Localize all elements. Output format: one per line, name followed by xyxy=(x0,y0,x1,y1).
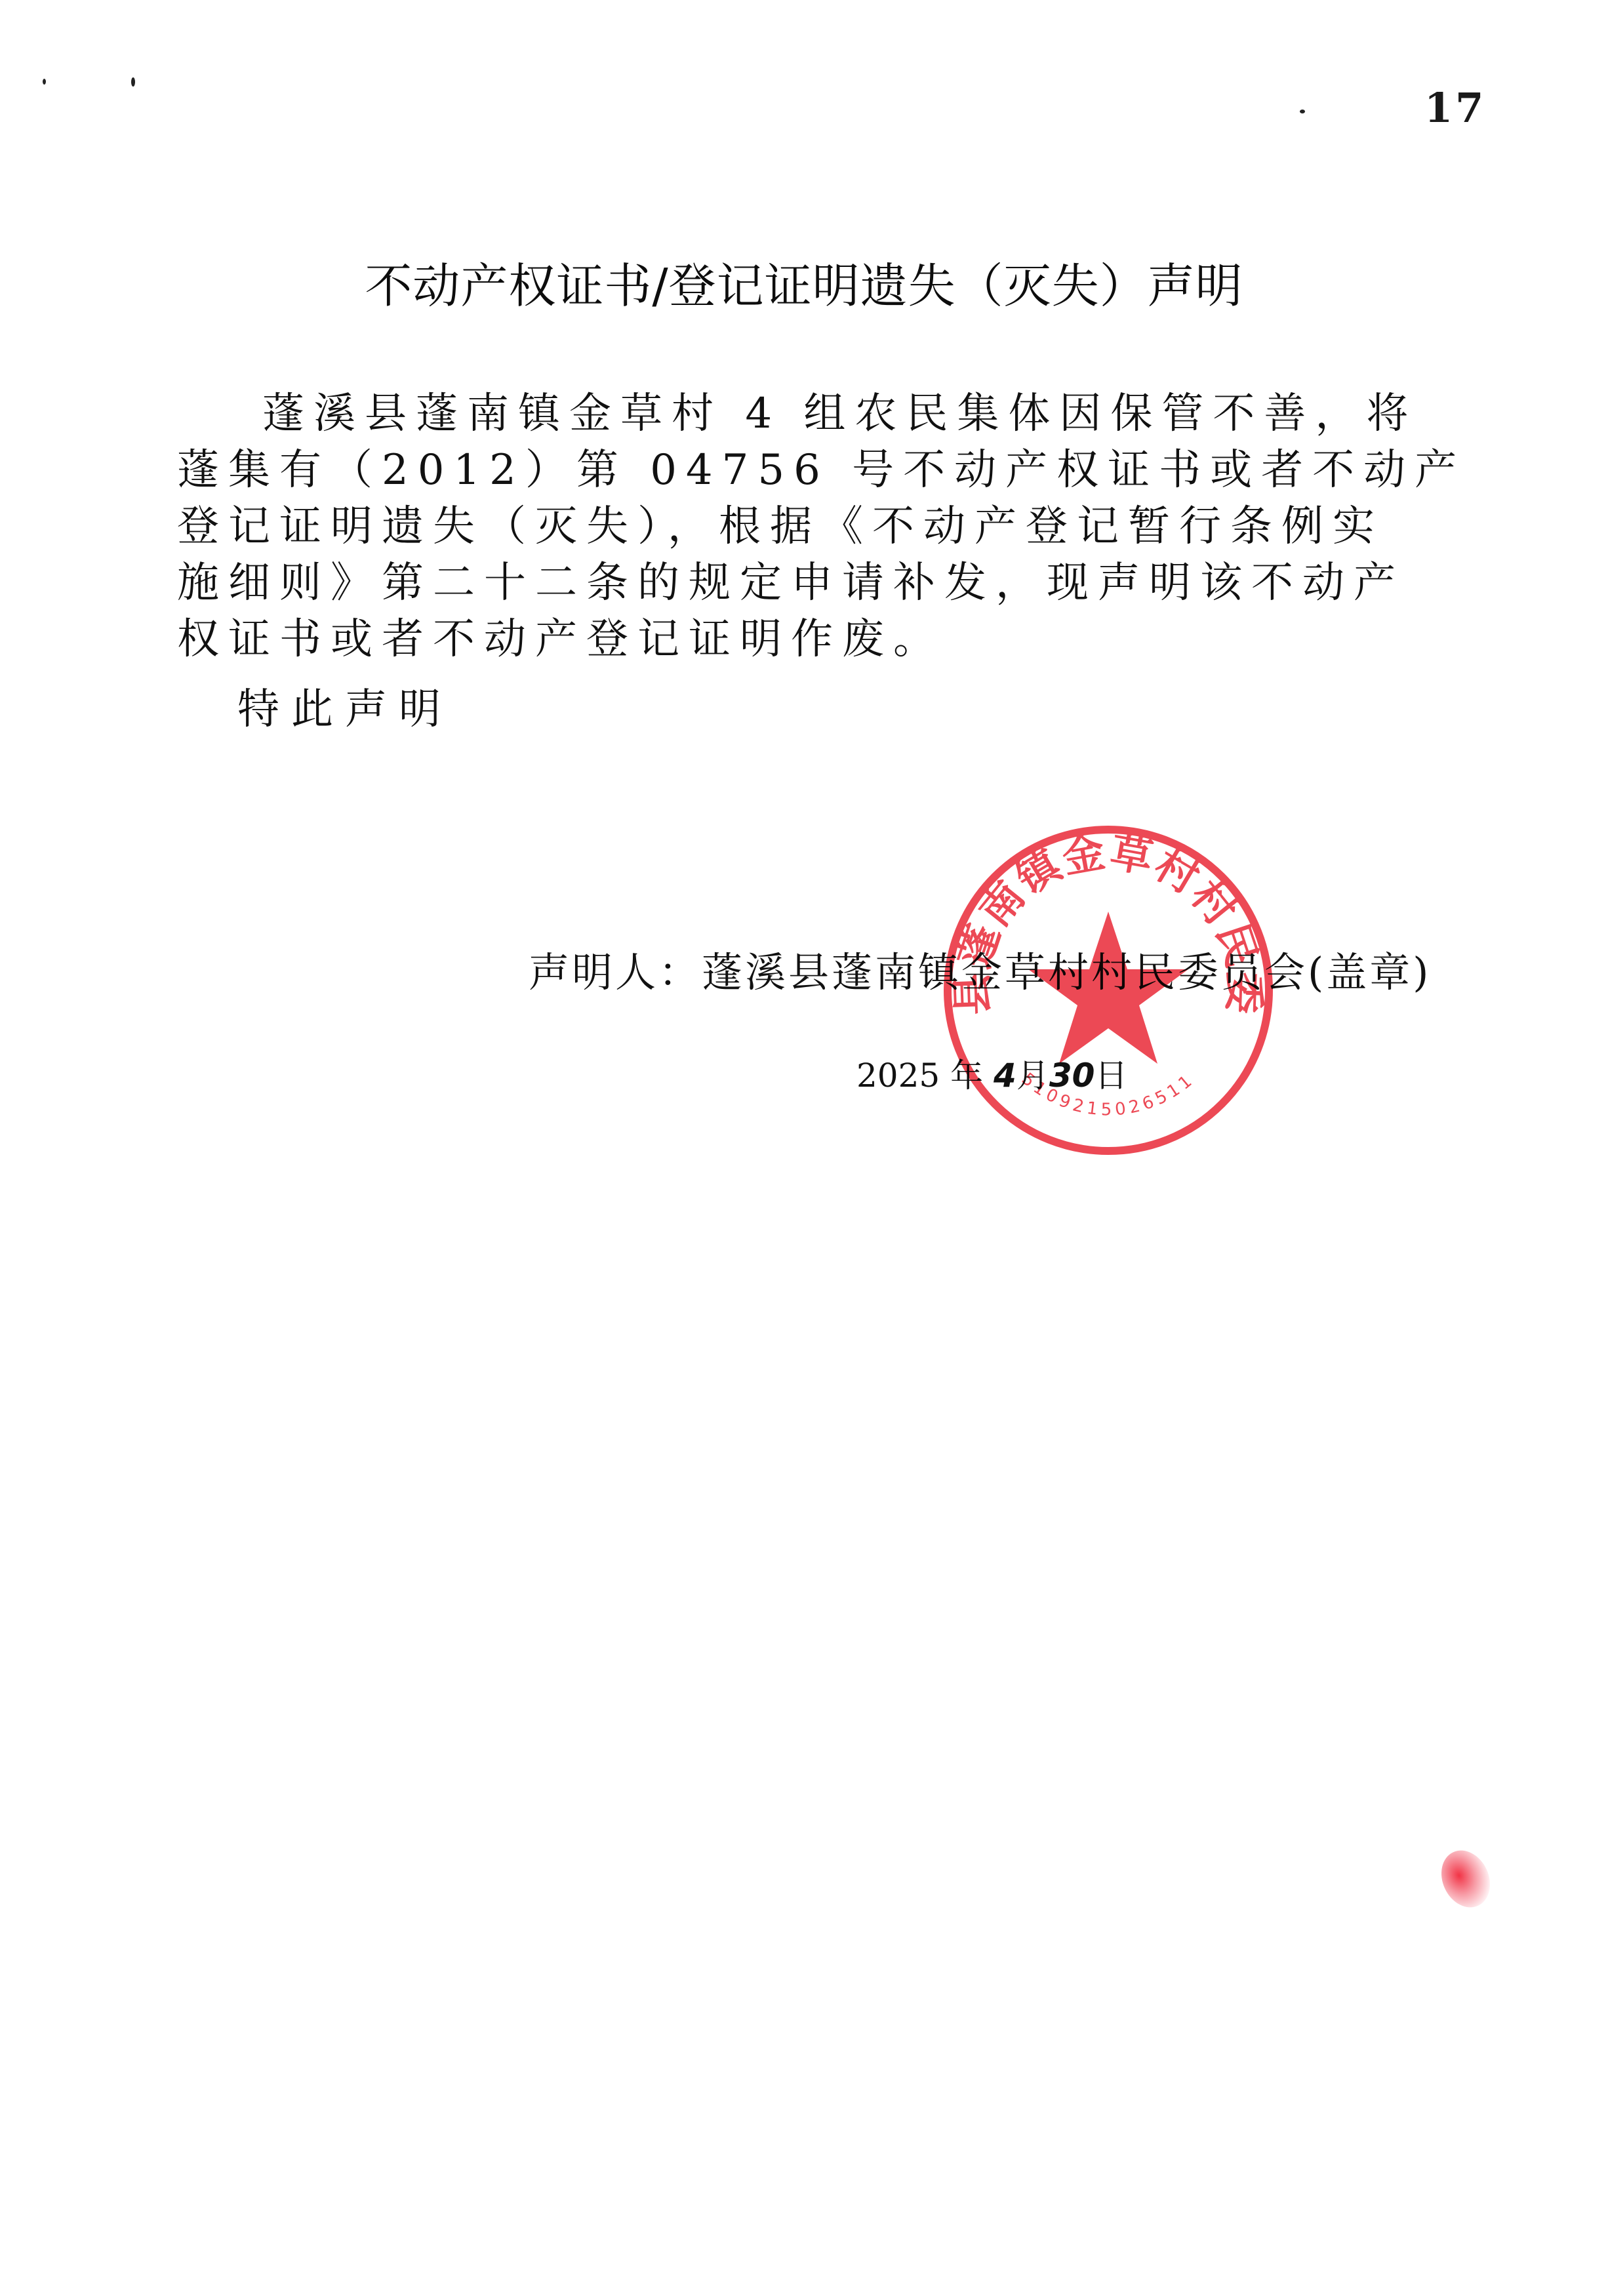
scan-speck xyxy=(131,77,135,87)
date-day-unit: 日 xyxy=(1095,1057,1127,1095)
document-title: 不动产权证书/登记证明遗失（灭失）声明 xyxy=(0,248,1608,316)
body-line: 权证书或者不动产登记证明作废。 xyxy=(177,611,1443,668)
signature-date: 2025 年 4月30日 xyxy=(856,1049,1127,1097)
declaration-body: 蓬溪县蓬南镇金草村 4 组农民集体因保管不善，将 蓬集有（2012）第 0475… xyxy=(177,386,1443,668)
body-line: 蓬溪县蓬南镇金草村 4 组农民集体因保管不善，将 xyxy=(177,386,1443,442)
date-year: 2025 年 xyxy=(856,1057,983,1095)
date-day-handwritten: 30 xyxy=(1049,1057,1095,1095)
body-line: 施细则》第二十二条的规定申请补发，现声明该不动产 xyxy=(177,555,1443,611)
closing-statement: 特此声明 xyxy=(237,675,452,736)
date-month-handwritten: 4 xyxy=(994,1057,1016,1095)
scan-speck xyxy=(43,79,46,85)
body-line: 蓬集有（2012）第 04756 号不动产权证书或者不动产 xyxy=(177,442,1443,498)
page-number: 17 xyxy=(1424,84,1486,132)
declarant-line: 声明人：蓬溪县蓬南镇金草村村民委员会(盖章) xyxy=(529,940,1431,998)
body-line: 登记证明遗失（灭失），根据《不动产登记暂行条例实 xyxy=(177,498,1443,555)
red-ink-smudge xyxy=(1432,1842,1498,1915)
date-month-unit: 月 xyxy=(1016,1057,1049,1095)
scan-speck xyxy=(1300,110,1305,113)
